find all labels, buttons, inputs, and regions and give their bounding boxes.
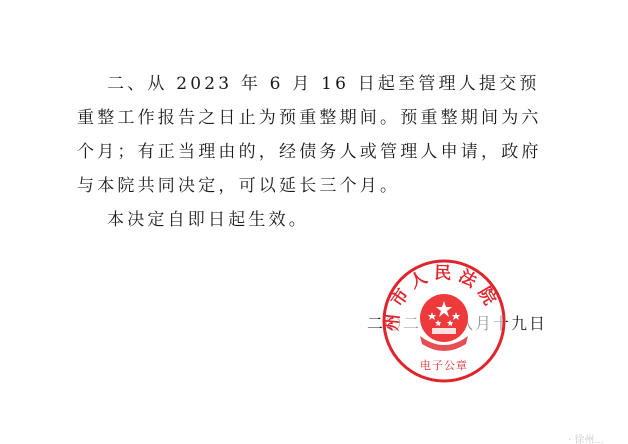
court-seal-icon: 州市人民法院 电子公章: [380, 258, 508, 384]
seal-bottom-text: 电子公章: [420, 358, 468, 372]
watermark: · 徐州...: [568, 431, 604, 444]
decision-paragraph-period: 二、从 2023 年 6 月 16 日起至管理人提交预重整工作报告之日止为预重整…: [77, 67, 547, 203]
decision-paragraph-effective: 本决定自即日起生效。: [77, 203, 547, 237]
